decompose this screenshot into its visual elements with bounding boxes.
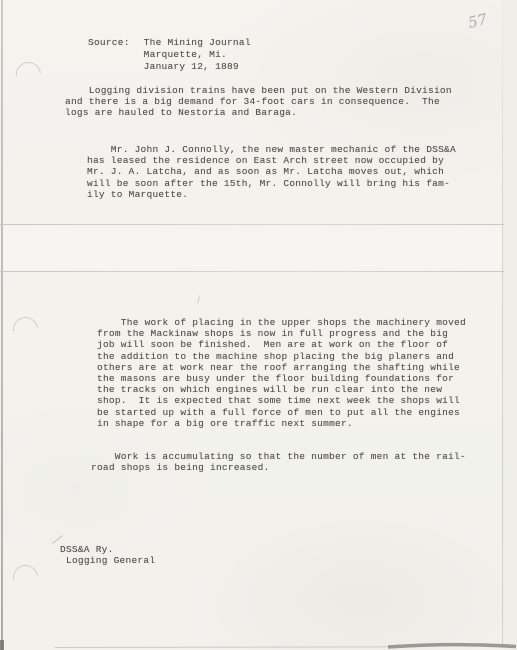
hole-punch-middle bbox=[8, 312, 43, 347]
source-location: Marquette, Mi. bbox=[144, 49, 251, 61]
page-number-handwritten: 57 bbox=[466, 10, 489, 32]
hole-punch-top bbox=[11, 57, 46, 92]
pencil-check-mark bbox=[52, 535, 63, 544]
page-edge-left bbox=[1, 0, 3, 650]
scanned-page: 57 Source: The Mining Journal Marquette,… bbox=[0, 0, 517, 650]
signature-railway: DSS&A Ry. bbox=[60, 544, 114, 555]
paragraph-work-accumulating: Work is accumulating so that the number … bbox=[91, 451, 466, 473]
source-publication: The Mining Journal bbox=[144, 37, 251, 49]
clipping-seam-top bbox=[0, 224, 504, 225]
source-label: Source: bbox=[88, 37, 130, 72]
clipping-seam-bottom bbox=[0, 271, 504, 272]
bottom-edge-shadow bbox=[0, 636, 517, 650]
paragraph-logging-trains: Logging division trains have been put on… bbox=[65, 85, 452, 119]
hole-punch-bottom bbox=[8, 560, 43, 595]
paragraph-upper-shops: The work of placing in the upper shops t… bbox=[97, 317, 466, 429]
page-edge-right bbox=[502, 0, 503, 646]
source-details: The Mining Journal Marquette, Mi. Januar… bbox=[144, 37, 251, 72]
source-date: January 12, 1889 bbox=[144, 61, 251, 73]
signature-category: Logging General bbox=[66, 555, 155, 566]
source-block: Source: The Mining Journal Marquette, Mi… bbox=[88, 37, 251, 72]
paragraph-connolly: Mr. John J. Connolly, the new master mec… bbox=[87, 144, 456, 200]
page-edge-right-strip bbox=[503, 0, 517, 650]
pencil-smudge-mark bbox=[197, 295, 202, 304]
